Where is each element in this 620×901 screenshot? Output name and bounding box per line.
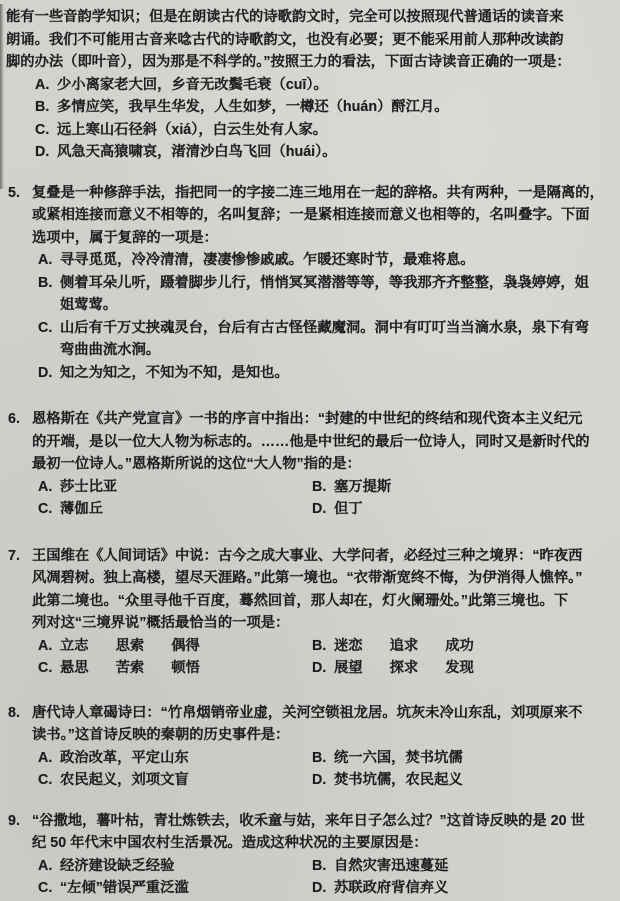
option-text: 展望探求发现 <box>334 657 474 680</box>
option-line: 统一六国，焚书坑儒 <box>334 747 463 770</box>
scanned-exam-page: 能有一些音韵学知识；但是在朗读古代的诗歌韵文时，完全可以按照现代普通话的读音来朗… <box>0 0 620 901</box>
option-row: D.苏联政府背信弃义 <box>312 877 620 900</box>
option-text: “左倾”错误严重泛滥 <box>60 877 189 900</box>
option-text: 经济建设缺乏经验 <box>60 855 174 878</box>
stem-line: 列对这“三境界说”概括最恰当的一项是： <box>32 612 620 635</box>
option-word: 思索 <box>116 635 145 658</box>
option-label: B. <box>312 747 334 770</box>
option-line: 苏联政府背信弃义 <box>334 877 448 900</box>
option-row: A.寻寻觅觅，冷冷清清，凄凄惨惨戚戚。乍暖还寒时节，最难将息。 <box>38 249 620 272</box>
option-line: 弯曲曲流水涧。 <box>60 339 589 362</box>
paragraph-line: 能有一些音韵学知识；但是在朗读古代的诗歌韵文时，完全可以按照现代普通话的读音来 <box>6 6 620 29</box>
option-list: A.莎士比亚B.塞万提斯C.薄伽丘D.但丁 <box>38 476 620 521</box>
option-row: A.立志思索偶得 <box>38 635 312 658</box>
option-line: 侧着耳朵儿听，蹑着脚步儿行，悄悄冥冥潜潜等等，等我那齐齐整整，袅袅婷婷，姐 <box>60 272 589 295</box>
option-word: 成功 <box>445 635 474 658</box>
option-line: 焚书坑儒，农民起义 <box>334 769 463 792</box>
option-word: 探求 <box>390 657 419 680</box>
option-line: 自然灾害迅速蔓延 <box>334 855 448 878</box>
option-text: 立志思索偶得 <box>60 635 200 658</box>
question-number: 8. <box>6 702 32 792</box>
option-line: 但丁 <box>334 498 363 521</box>
option-row: D.焚书坑儒，农民起义 <box>312 769 620 792</box>
option-label: C. <box>38 657 60 680</box>
stem-line: 此第二境也。“众里寻他千百度，蓦然回首，那人却在，灯火阑珊处。”此第三境也。下 <box>32 590 620 613</box>
option-row: B.塞万提斯 <box>312 476 620 499</box>
option-text: 农民起义，刘项文盲 <box>60 769 189 792</box>
option-row: C.山后有千万丈挟魂灵台，台后有古古怪怪藏魔洞。洞中有叮叮当当滴水泉，泉下有弯弯… <box>38 317 620 362</box>
question-number: 6. <box>6 408 32 521</box>
option-row: D.展望探求发现 <box>312 657 620 680</box>
option-row: B.多情应笑，我早生华发，人生如梦，一樽还（huán）酹江月。 <box>35 96 620 119</box>
option-text: 焚书坑儒，农民起义 <box>334 769 463 792</box>
option-text: 远上寒山石径斜（xiá），白云生处有人家。 <box>57 119 327 142</box>
option-list: A.立志思索偶得B.迷恋追求成功C.悬思苦索顿悟D.展望探求发现 <box>38 635 620 680</box>
stem-line: 风凋碧树。独上高楼，望尽天涯路。”此第一境也。“衣带渐宽终不悔，为伊消得人憔悴。… <box>32 567 620 590</box>
stem-line: 恩格斯在《共产党宣言》一书的序言中指出：“封建的中世纪的终结和现代资本主义纪元 <box>32 408 620 431</box>
option-label: B. <box>312 855 334 878</box>
option-label: A. <box>38 747 60 770</box>
option-label: A. <box>38 476 60 499</box>
question-7: 7.王国维在《人间词话》中说：古今之成大事业、大学问者，必经过三种之境界：“昨夜… <box>6 545 620 680</box>
option-line: 政治改革，平定山东 <box>60 747 189 770</box>
question-body: 王国维在《人间词话》中说：古今之成大事业、大学问者，必经过三种之境界：“昨夜西风… <box>32 545 620 680</box>
stem-line: 或紧相连接而意义不相等的，名叫复辞；一是紧相连接而意义也相等的，名叫叠字。下面 <box>32 204 620 227</box>
option-label: D. <box>35 141 57 164</box>
option-label: B. <box>38 272 60 317</box>
option-text: 苏联政府背信弃义 <box>334 877 448 900</box>
question-number: 5. <box>6 182 32 385</box>
question-body: 恩格斯在《共产党宣言》一书的序言中指出：“封建的中世纪的终结和现代资本主义纪元的… <box>32 408 620 521</box>
option-line: 风急天高猿啸哀，渚清沙白鸟飞回（huái）。 <box>57 141 337 164</box>
option-word: 追求 <box>390 635 419 658</box>
option-label: A. <box>38 249 60 272</box>
option-row: B.迷恋追求成功 <box>312 635 620 658</box>
option-text: 山后有千万丈挟魂灵台，台后有古古怪怪藏魔洞。洞中有叮叮当当滴水泉，泉下有弯弯曲曲… <box>60 317 589 362</box>
question-body: 复叠是一种修辞手法，指把同一的字接二连三地用在一起的辞格。共有两种，一是隔离的，… <box>32 182 620 385</box>
option-line: 姐莺莺。 <box>60 294 589 317</box>
option-row: A.政治改革，平定山东 <box>38 747 312 770</box>
option-row: C.薄伽丘 <box>38 498 312 521</box>
option-word: 展望 <box>334 657 363 680</box>
option-label: C. <box>35 119 57 142</box>
option-label: A. <box>38 635 60 658</box>
option-text: 多情应笑，我早生华发，人生如梦，一樽还（huán）酹江月。 <box>57 96 449 119</box>
option-label: C. <box>38 317 60 362</box>
stem-line: 选项中，属于复辞的一项是： <box>32 227 620 250</box>
option-label: B. <box>35 96 57 119</box>
option-text: 寻寻觅觅，冷冷清清，凄凄惨惨戚戚。乍暖还寒时节，最难将息。 <box>60 249 475 272</box>
option-label: B. <box>312 476 334 499</box>
stem-line: 王国维在《人间词话》中说：古今之成大事业、大学问者，必经过三种之境界：“昨夜西 <box>32 545 620 568</box>
option-label: D. <box>312 657 334 680</box>
stem-line: 的开端，是以一位大人物为标志的。……他是中世纪的最后一位诗人，同时又是新时代的 <box>32 431 620 454</box>
option-label: D. <box>38 362 60 385</box>
question-5: 5.复叠是一种修辞手法，指把同一的字接二连三地用在一起的辞格。共有两种，一是隔离… <box>6 182 620 385</box>
question-body: 唐代诗人章碣诗曰：“竹帛烟销帝业虚，关河空锁祖龙居。坑灰未冷山东乱，刘项原来不读… <box>32 702 620 792</box>
option-row: A.莎士比亚 <box>38 476 312 499</box>
option-label: A. <box>35 74 57 97</box>
option-row: C.农民起义，刘项文盲 <box>38 769 312 792</box>
option-word: 立志 <box>60 635 89 658</box>
option-row: C.远上寒山石径斜（xiá），白云生处有人家。 <box>35 119 620 142</box>
scan-edge-artifact <box>0 4 4 189</box>
option-text: 侧着耳朵儿听，蹑着脚步儿行，悄悄冥冥潜潜等等，等我那齐齐整整，袅袅婷婷，姐姐莺莺… <box>60 272 589 317</box>
stem-line: “谷撒地，薯叶枯，青壮炼铁去，收禾童与姑，来年日子怎么过？”这首诗反映的是 20… <box>32 810 620 833</box>
option-line: 山后有千万丈挟魂灵台，台后有古古怪怪藏魔洞。洞中有叮叮当当滴水泉，泉下有弯 <box>60 317 589 340</box>
option-row: B.自然灾害迅速蔓延 <box>312 855 620 878</box>
option-text: 政治改革，平定山东 <box>60 747 189 770</box>
option-row: D.知之为知之，不知为不知，是知也。 <box>38 362 620 385</box>
option-text: 薄伽丘 <box>60 498 103 521</box>
option-line: 薄伽丘 <box>60 498 103 521</box>
option-text: 风急天高猿啸哀，渚清沙白鸟飞回（huái）。 <box>57 141 337 164</box>
stem-line: 复叠是一种修辞手法，指把同一的字接二连三地用在一起的辞格。共有两种，一是隔离的， <box>32 182 620 205</box>
option-label: C. <box>38 498 60 521</box>
option-label: A. <box>38 855 60 878</box>
option-row: D.风急天高猿啸哀，渚清沙白鸟飞回（huái）。 <box>35 141 620 164</box>
option-text: 少小离家老大回，乡音无改鬓毛衰（cuī）。 <box>57 74 328 97</box>
option-word: 偶得 <box>171 635 200 658</box>
option-label: D. <box>312 498 334 521</box>
option-list: A.政治改革，平定山东B.统一六国，焚书坑儒C.农民起义，刘项文盲D.焚书坑儒，… <box>38 747 620 792</box>
option-label: C. <box>38 769 60 792</box>
option-row: C.“左倾”错误严重泛滥 <box>38 877 312 900</box>
option-word: 发现 <box>445 657 474 680</box>
option-line: 知之为知之，不知为不知，是知也。 <box>60 362 289 385</box>
question-number: 7. <box>6 545 32 680</box>
option-list: A.少小离家老大回，乡音无改鬓毛衰（cuī）。B.多情应笑，我早生华发，人生如梦… <box>35 74 620 164</box>
stem-line: 唐代诗人章碣诗曰：“竹帛烟销帝业虚，关河空锁祖龙居。坑灰未冷山东乱，刘项原来不 <box>32 702 620 725</box>
option-row: A.经济建设缺乏经验 <box>38 855 312 878</box>
option-list: A.经济建设缺乏经验B.自然灾害迅速蔓延C.“左倾”错误严重泛滥D.苏联政府背信… <box>38 855 620 900</box>
option-line: “左倾”错误严重泛滥 <box>60 877 189 900</box>
question-9: 9.“谷撒地，薯叶枯，青壮炼铁去，收禾童与姑，来年日子怎么过？”这首诗反映的是 … <box>6 810 620 900</box>
option-word: 苦索 <box>116 657 145 680</box>
option-line: 莎士比亚 <box>60 476 117 499</box>
option-word: 迷恋 <box>334 635 363 658</box>
option-label: B. <box>312 635 334 658</box>
option-text: 统一六国，焚书坑儒 <box>334 747 463 770</box>
option-label: D. <box>312 877 334 900</box>
option-line: 多情应笑，我早生华发，人生如梦，一樽还（huán）酹江月。 <box>57 96 449 119</box>
option-line: 经济建设缺乏经验 <box>60 855 174 878</box>
option-row: D.但丁 <box>312 498 620 521</box>
option-word: 悬思 <box>60 657 89 680</box>
option-line: 寻寻觅觅，冷冷清清，凄凄惨惨戚戚。乍暖还寒时节，最难将息。 <box>60 249 475 272</box>
question-number: 9. <box>6 810 32 900</box>
option-line: 农民起义，刘项文盲 <box>60 769 189 792</box>
option-line: 塞万提斯 <box>334 476 391 499</box>
stem-line: 纪 50 年代末中国农村生活景况。造成这种状况的主要原因是： <box>32 832 620 855</box>
option-line: 少小离家老大回，乡音无改鬓毛衰（cuī）。 <box>57 74 328 97</box>
option-label: C. <box>38 877 60 900</box>
option-text: 但丁 <box>334 498 363 521</box>
option-row: A.少小离家老大回，乡音无改鬓毛衰（cuī）。 <box>35 74 620 97</box>
option-text: 迷恋追求成功 <box>334 635 474 658</box>
option-text: 莎士比亚 <box>60 476 117 499</box>
option-text: 自然灾害迅速蔓延 <box>334 855 448 878</box>
question-8: 8.唐代诗人章碣诗曰：“竹帛烟销帝业虚，关河空锁祖龙居。坑灰未冷山东乱，刘项原来… <box>6 702 620 792</box>
paragraph-line: 脚的办法（即叶音），因为那是不科学的。”按照王力的看法，下面古诗读音正确的一项是… <box>6 51 620 74</box>
question-continuation-block: 能有一些音韵学知识；但是在朗读古代的诗歌韵文时，完全可以按照现代普通话的读音来朗… <box>6 6 620 164</box>
question-6: 6.恩格斯在《共产党宣言》一书的序言中指出：“封建的中世纪的终结和现代资本主义纪… <box>6 408 620 521</box>
option-word: 顿悟 <box>171 657 200 680</box>
stem-line: 最初一位诗人。”恩格斯所说的这位“大人物”指的是： <box>32 453 620 476</box>
option-text: 塞万提斯 <box>334 476 391 499</box>
option-list: A.寻寻觅觅，冷冷清清，凄凄惨惨戚戚。乍暖还寒时节，最难将息。B.侧着耳朵儿听，… <box>38 249 620 384</box>
option-text: 知之为知之，不知为不知，是知也。 <box>60 362 289 385</box>
paragraph-line: 朗诵。我们不可能用古音来唸古代的诗歌韵文，也没有必要；更不能采用前人那种改读韵 <box>6 29 620 52</box>
stem-line: 读书。”这首诗反映的秦朝的历史事件是： <box>32 724 620 747</box>
option-row: B.侧着耳朵儿听，蹑着脚步儿行，悄悄冥冥潜潜等等，等我那齐齐整整，袅袅婷婷，姐姐… <box>38 272 620 317</box>
option-line: 远上寒山石径斜（xiá），白云生处有人家。 <box>57 119 327 142</box>
option-label: D. <box>312 769 334 792</box>
option-text: 悬思苦索顿悟 <box>60 657 200 680</box>
option-row: B.统一六国，焚书坑儒 <box>312 747 620 770</box>
option-row: C.悬思苦索顿悟 <box>38 657 312 680</box>
question-body: “谷撒地，薯叶枯，青壮炼铁去，收禾童与姑，来年日子怎么过？”这首诗反映的是 20… <box>32 810 620 900</box>
